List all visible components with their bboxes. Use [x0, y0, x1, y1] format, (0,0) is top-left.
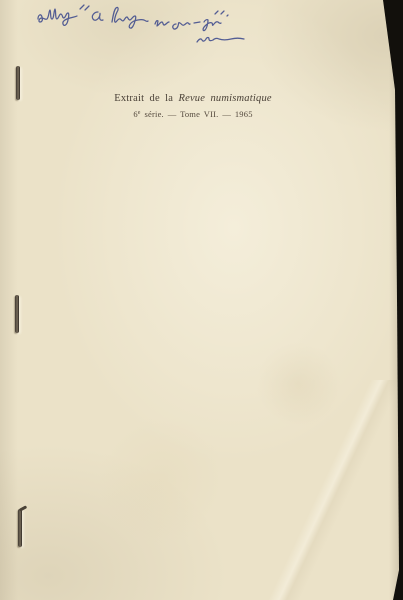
booklet-cover: Extrait de la Revue numismatique 6e séri…: [0, 0, 403, 600]
imprint-block: Extrait de la Revue numismatique 6e séri…: [0, 93, 386, 119]
imprint-line2: 6e série. — Tome VII. — 1965: [0, 109, 386, 119]
photo-background: Extrait de la Revue numismatique 6e séri…: [0, 0, 403, 600]
handwritten-inscription-ink: [30, 2, 265, 54]
paper-crease: [250, 380, 403, 600]
imprint-line1: Extrait de la Revue numismatique: [0, 93, 386, 105]
imprint-line1-prefix: Extrait de la: [114, 93, 178, 104]
staple-middle: [15, 295, 19, 333]
staple-bottom: [18, 509, 22, 547]
imprint-line2-rest: série. — Tome VII. — 1965: [141, 109, 253, 119]
imprint-journal-title: Revue numismatique: [178, 93, 271, 104]
